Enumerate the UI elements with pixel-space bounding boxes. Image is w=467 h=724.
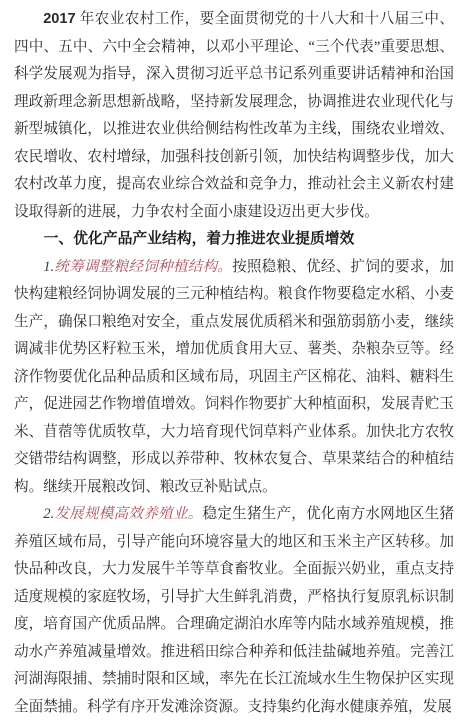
intro-paragraph-text: 年农业农村工作，要全面贯彻党的十八大和十八届三中、四中、五中、六中全会精神，以邓… [14,11,454,220]
item-2-paragraph: 2.发展规模高效养殖业。稳定生猪生产，优化南方水网地区生猪养殖区域布局，引导产能… [14,501,454,721]
item-2-body-text: 稳定生猪生产，优化南方水网地区生猪养殖区域布局，引导产能向环境容量大的地区和玉米… [14,506,454,715]
document-page: 2017 年农业农村工作，要全面贯彻党的十八大和十八届三中、四中、五中、六中全会… [0,0,467,724]
item-2-red-lead: 发展规模高效养殖业。 [54,506,202,522]
item-1-body-text: 按照稳粮、优经、扩饲的要求，加快构建粮经饲协调发展的三元种植结构。粮食作物要稳定… [14,259,454,495]
intro-paragraph: 2017 年农业农村工作，要全面贯彻党的十八大和十八届三中、四中、五中、六中全会… [14,6,454,226]
item-1-paragraph: 1.统筹调整粮经饲种植结构。按照稳粮、优经、扩饲的要求，加快构建粮经饲协调发展的… [14,254,454,502]
year-bold-text: 2017 [43,11,75,27]
item-1-red-lead: 统筹调整粮经饲种植结构。 [54,259,232,275]
section-heading: 一、优化产品产业结构，着力推进农业提质增效 [14,226,454,254]
item-1-number: 1. [43,259,54,275]
item-2-number: 2. [43,506,54,522]
